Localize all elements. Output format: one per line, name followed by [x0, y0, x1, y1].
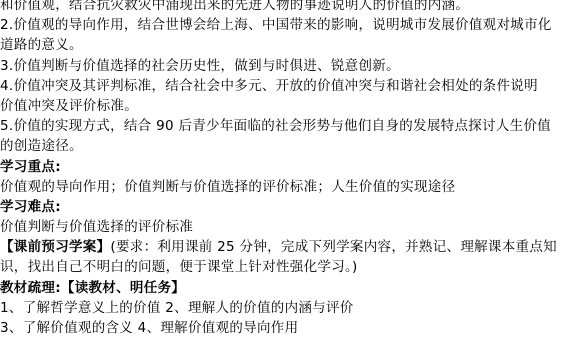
- text-line: 道路的意义。: [0, 35, 566, 55]
- text-line: 和价值观，结合抗灾救灾中涌现出来的先进人物的事迹说明人的价值的内涵。: [0, 0, 566, 15]
- text-line: 的创造途径。: [0, 136, 566, 156]
- text-line: 价值观的导向作用；价值判断与价值选择的评价标准；人生价值的实现途径: [0, 177, 566, 197]
- text-line: 4.价值冲突及其评判标准，结合社会中多元、开放的价值冲突与和谐社会相处的条件说明: [0, 76, 566, 96]
- section-heading-key-points: 学习重点:: [0, 157, 566, 177]
- text-line: 价值判断与价值选择的评价标准: [0, 217, 566, 237]
- task-list-line: 3、了解价值观的含义 4、理解价值观的导向作用: [0, 318, 566, 338]
- section-heading-difficulties: 学习难点:: [0, 197, 566, 217]
- preview-plan-line: 【课前预习学案】(要求：利用课前 25 分钟，完成下列学案内容，并熟记、理解课本…: [0, 237, 566, 257]
- text-line: 3.价值判断与价值选择的社会历史性，做到与时俱进、锐意创新。: [0, 56, 566, 76]
- document-body: 和价值观，结合抗灾救灾中涌现出来的先进人物的事迹说明人的价值的内涵。 2.价值观…: [0, 0, 566, 338]
- text-line: 价值冲突及评价标准。: [0, 96, 566, 116]
- text-line: 5.价值的实现方式，结合 90 后青少年面临的社会形势与他们自身的发展特点探讨人…: [0, 116, 566, 136]
- task-list-line: 1、了解哲学意义上的价值 2、理解人的价值的内涵与评价: [0, 298, 566, 318]
- section-heading-textbook-review: 教材疏理:【读教材、明任务】: [0, 278, 566, 298]
- text-line: 识，找出自己不明白的问题，便于课堂上针对性强化学习。): [0, 257, 566, 277]
- text-line: 2.价值观的导向作用，结合世博会给上海、中国带来的影响，说明城市发展价值观对城市…: [0, 15, 566, 35]
- section-heading-preview-plan: 【课前预习学案】: [0, 239, 110, 255]
- preview-plan-instructions: (要求：利用课前 25 分钟，完成下列学案内容，并熟记、理解课本重点知: [110, 239, 557, 255]
